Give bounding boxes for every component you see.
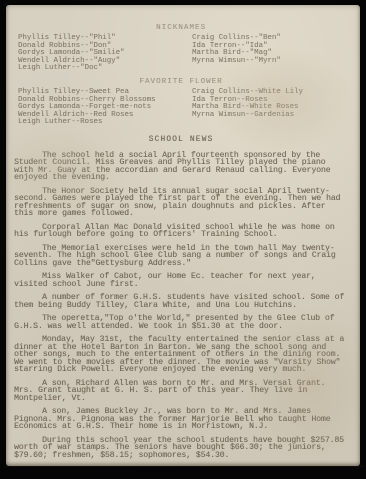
nicknames-list: Phyllis Tilley--"Phil" Donald Robbins--"… bbox=[14, 35, 348, 73]
news-paragraph: The school held a social April fourteent… bbox=[14, 152, 348, 182]
news-paragraph: A son, Richard Allen was born to Mr. and… bbox=[14, 380, 348, 403]
flowers-left-column: Phyllis Tilley--Sweet Pea Donald Robbins… bbox=[14, 89, 192, 127]
roster-entry: Leigh Luther--Roses bbox=[18, 119, 192, 127]
news-paragraph: Corporal Allan Mac Donald visited school… bbox=[14, 224, 348, 239]
nicknames-left-column: Phyllis Tilley--"Phil" Donald Robbins--"… bbox=[14, 35, 192, 73]
typewritten-page: NICKNAMES Phyllis Tilley--"Phil" Donald … bbox=[6, 5, 360, 466]
news-paragraph: Miss Walker of Cabot, our Home Ec. teach… bbox=[14, 273, 348, 288]
roster-entry: Leigh Luther--"Doc" bbox=[18, 65, 192, 73]
scan-background-band bbox=[0, 467, 366, 479]
news-paragraph: Monday, May 31st, the faculty entertaine… bbox=[14, 336, 348, 374]
flowers-right-column: Craig Collins--White Lily Ida Terron--Ro… bbox=[192, 89, 348, 127]
news-paragraph: A number of former G.H.S. students have … bbox=[14, 294, 348, 309]
news-paragraph: The Memorial exercises were held in the … bbox=[14, 245, 348, 268]
favorite-flower-list: Phyllis Tilley--Sweet Pea Donald Robbins… bbox=[14, 89, 348, 127]
school-news-body: The school held a social April fourteent… bbox=[14, 152, 348, 460]
nicknames-right-column: Craig Collins--"Ben" Ida Terron--"Ida" M… bbox=[192, 35, 348, 73]
news-paragraph: The Honor Society held its annual sugar … bbox=[14, 188, 348, 218]
news-paragraph: A son, James Buckley Jr., was born to Mr… bbox=[14, 408, 348, 431]
roster-entry: Myrna Wimsun--Gardenias bbox=[192, 112, 348, 120]
roster-entry: Myrna Wimsun--"Myrn" bbox=[192, 58, 348, 66]
news-paragraph: During this school year the school stude… bbox=[14, 437, 348, 460]
news-paragraph: The operetta,"Top o'the World," presente… bbox=[14, 315, 348, 330]
school-news-heading: SCHOOL NEWS bbox=[14, 136, 348, 145]
favorite-flower-heading: FAVORITE FLOWER bbox=[14, 78, 348, 87]
scanned-page: NICKNAMES Phyllis Tilley--"Phil" Donald … bbox=[0, 0, 366, 479]
nicknames-heading: NICKNAMES bbox=[14, 24, 348, 33]
